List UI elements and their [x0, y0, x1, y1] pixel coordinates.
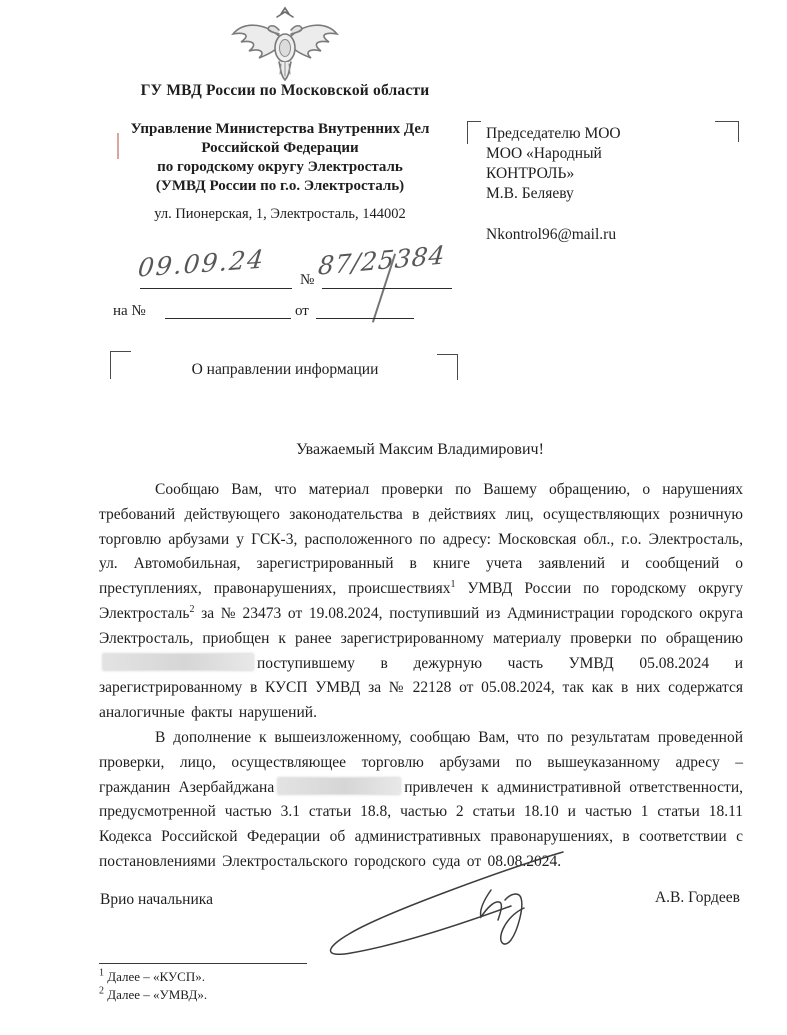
letterhead-line: Управление Министерства Внутренних Дел [80, 120, 480, 139]
footnote-separator [99, 963, 307, 964]
recipient-line: Председателю МОО [486, 124, 716, 144]
footnote-marker: 1 [99, 968, 104, 979]
date-underline [140, 272, 292, 289]
footnotes-block: 1 Далее – «КУСП». 2 Далее – «УМВД». [99, 968, 207, 1003]
signature-scrawl [315, 850, 565, 958]
signer-position: Врио начальника [100, 891, 213, 909]
recipient-line: М.В. Беляеву [486, 184, 716, 204]
salutation: Уважаемый Максим Владимирович! [100, 441, 740, 459]
redaction-blur [278, 778, 400, 794]
subject-line: О направлении информации [120, 361, 450, 379]
signer-name: А.В. Гордеев [540, 889, 740, 907]
body-text-run: за № 23473 от 19.08.2024, поступивший из… [99, 605, 743, 647]
recipient-block: Председателю МОО МОО «Народный КОНТРОЛЬ»… [486, 124, 716, 204]
letterhead-line: по городскому округу Электросталь [80, 158, 480, 177]
recipient-corner-mark [467, 121, 481, 144]
letterhead-address: ул. Пионерская, 1, Электросталь, 144002 [80, 206, 480, 223]
footnote-text: Далее – «УМВД». [107, 987, 207, 1002]
body-paragraph-1: Сообщаю Вам, что материал проверки по Ва… [99, 478, 743, 726]
letterhead-line: Российской Федерации [80, 139, 480, 158]
footnote-marker: 2 [99, 985, 104, 996]
number-underline [322, 272, 452, 289]
letterhead-block: Управление Министерства Внутренних Дел Р… [80, 120, 480, 196]
recipient-email: Nkontrol96@mail.ru [486, 226, 616, 244]
footnote-1: 1 Далее – «КУСП». [99, 968, 207, 986]
number-sign-label: № [300, 272, 314, 289]
letterhead-line: (УМВД России по г.о. Электросталь) [80, 177, 480, 196]
footnote-text: Далее – «КУСП». [107, 969, 205, 984]
recipient-line: МОО «Народный [486, 144, 716, 164]
reply-from-underline [316, 303, 414, 319]
redaction-blur [103, 654, 253, 670]
mvd-eagle-emblem-icon [225, 6, 345, 78]
reply-from-label: от [295, 303, 309, 320]
parent-org-title: ГУ МВД России по Московской области [60, 82, 510, 100]
footnote-2: 2 Далее – «УМВД». [99, 986, 207, 1004]
letter-body: Сообщаю Вам, что материал проверки по Ва… [99, 478, 743, 875]
scanned-letter-page: ГУ МВД России по Московской области Упра… [0, 0, 787, 1035]
reply-number-label: на № [113, 303, 146, 320]
recipient-line: КОНТРОЛЬ» [486, 164, 716, 184]
recipient-corner-mark [715, 121, 739, 142]
reply-number-underline [165, 303, 291, 319]
